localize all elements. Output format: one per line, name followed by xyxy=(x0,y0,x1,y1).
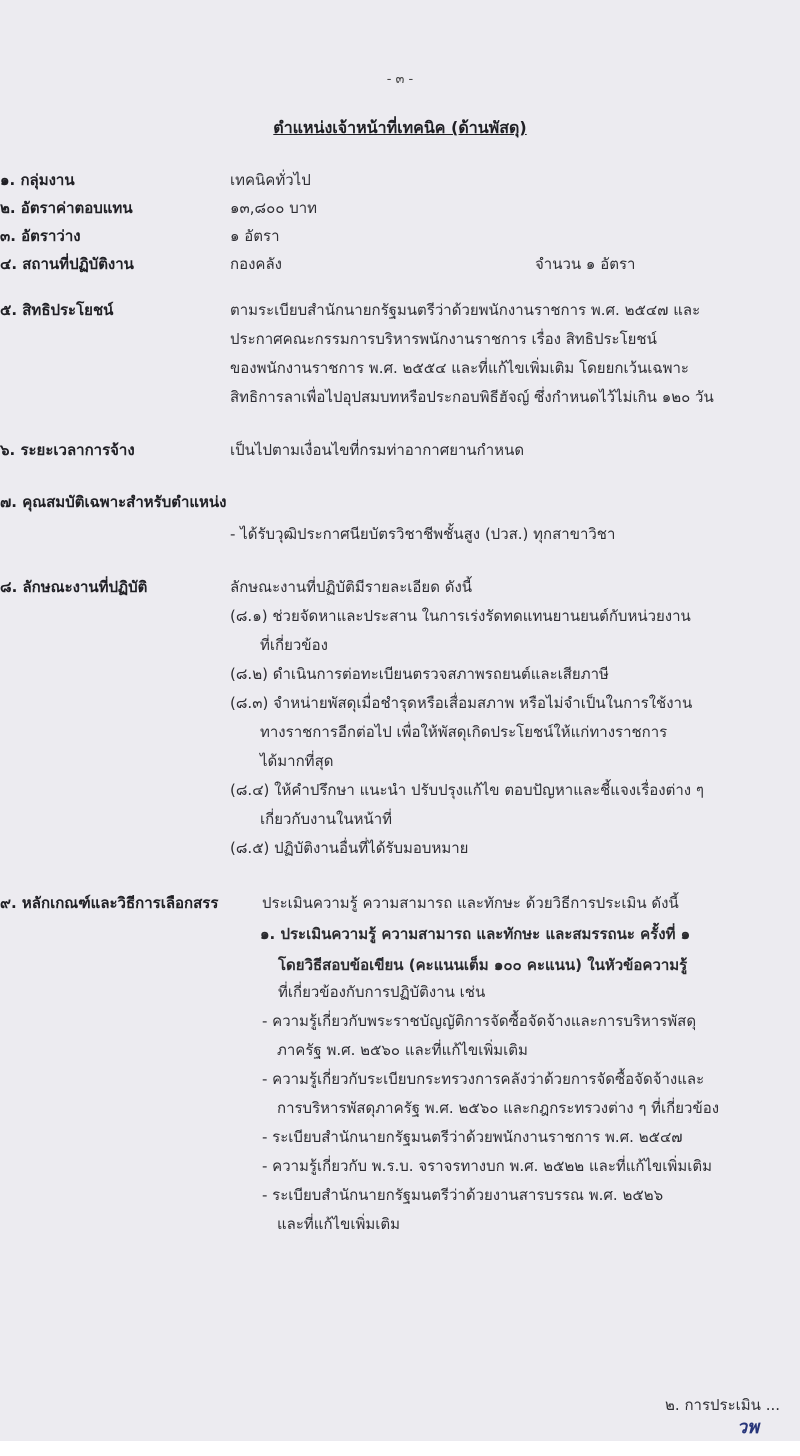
topic-4: - ความรู้เกี่ยวกับ พ.ร.บ. จราจรทางบก พ.ศ… xyxy=(262,1156,712,1176)
benefits-line-1: ตามระเบียบสำนักนายกรัฐมนตรีว่าด้วยพนักงา… xyxy=(230,300,700,320)
page-number: - ๓ - xyxy=(0,68,800,89)
next-page-continuation: ๒. การประเมิน ... xyxy=(665,1393,780,1417)
selection-label: ๙. หลักเกณฑ์และวิธีการเลือกสรร xyxy=(0,893,218,913)
field-value-workplace-count: จำนวน ๑ อัตรา xyxy=(535,254,635,274)
field-label-salary: ๒. อัตราค่าตอบแทน xyxy=(0,198,133,218)
duty-item-4-cont: เกี่ยวกับงานในหน้าที่ xyxy=(260,809,392,829)
duty-item-1-cont: ที่เกี่ยวข้อง xyxy=(260,635,328,655)
scanned-page: - ๓ - ตำแหน่งเจ้าหน้าที่เทคนิค (ด้านพัสด… xyxy=(0,0,800,1441)
criterion-1-line-2: โดยวิธีสอบข้อเขียน (คะแนนเต็ม ๑๐๐ คะแนน)… xyxy=(278,953,687,977)
duty-item-1: (๘.๑) ช่วยจัดหาและประสาน ในการเร่งรัดทดแ… xyxy=(230,606,691,626)
page-title: ตำแหน่งเจ้าหน้าที่เทคนิค (ด้านพัสดุ) xyxy=(0,116,800,141)
benefits-line-3: ของพนักงานราชการ พ.ศ. ๒๕๕๔ และที่แก้ไขเพ… xyxy=(230,358,689,378)
field-label-work-group: ๑. กลุ่มงาน xyxy=(0,170,75,190)
field-label-vacancies: ๓. อัตราว่าง xyxy=(0,226,81,246)
duration-label: ๖. ระยะเวลาการจ้าง xyxy=(0,440,135,460)
criterion-1-line-1: ๑. ประเมินความรู้ ความสามารถ และทักษะ แล… xyxy=(260,920,690,949)
selection-description: ประเมินความรู้ ความสามารถ และทักษะ ด้วยว… xyxy=(262,893,679,913)
qualifications-label: ๗. คุณสมบัติเฉพาะสำหรับตำแหน่ง xyxy=(0,492,227,512)
qualifications-value: - ได้รับวุฒิประกาศนียบัตรวิชาชีพชั้นสูง … xyxy=(230,524,615,544)
duties-intro: ลักษณะงานที่ปฏิบัติมีรายละเอียด ดังนี้ xyxy=(230,577,472,597)
benefits-label: ๕. สิทธิประโยชน์ xyxy=(0,300,113,320)
field-value-salary: ๑๓,๘๐๐ บาท xyxy=(230,198,317,218)
duty-item-3-cont-2: ได้มากที่สุด xyxy=(260,751,333,771)
benefits-line-2: ประกาศคณะกรรมการบริหารพนักงานราชการ เรื่… xyxy=(230,329,657,349)
topic-2: - ความรู้เกี่ยวกับระเบียบกระทรวงการคลังว… xyxy=(262,1069,704,1089)
duty-item-2: (๘.๒) ดำเนินการต่อทะเบียนตรวจสภาพรถยนต์แ… xyxy=(230,664,609,684)
duty-item-4: (๘.๔) ให้คำปรึกษา แนะนำ ปรับปรุงแก้ไข ตอ… xyxy=(230,780,704,800)
topic-5-cont: และที่แก้ไขเพิ่มเติม xyxy=(277,1214,400,1234)
topic-3: - ระเบียบสำนักนายกรัฐมนตรีว่าด้วยพนักงาน… xyxy=(262,1127,683,1147)
duration-value: เป็นไปตามเงื่อนไขที่กรมท่าอากาศยานกำหนด xyxy=(230,440,524,460)
field-label-workplace: ๔. สถานที่ปฏิบัติงาน xyxy=(0,254,134,274)
topic-1: - ความรู้เกี่ยวกับพระราชบัญญัติการจัดซื้… xyxy=(262,1011,696,1031)
field-value-vacancies: ๑ อัตรา xyxy=(230,226,280,246)
topic-5: - ระเบียบสำนักนายกรัฐมนตรีว่าด้วยงานสารบ… xyxy=(262,1185,663,1205)
field-value-workplace: กองคลัง xyxy=(230,254,282,274)
field-value-work-group: เทคนิคทั่วไป xyxy=(230,170,311,190)
topic-1-cont: ภาครัฐ พ.ศ. ๒๕๖๐ และที่แก้ไขเพิ่มเติม xyxy=(277,1040,528,1060)
benefits-line-4: สิทธิการลาเพื่อไปอุปสมบทหรือประกอบพิธีฮั… xyxy=(230,387,714,407)
duties-label: ๘. ลักษณะงานที่ปฏิบัติ xyxy=(0,577,147,597)
duty-item-3-cont-1: ทางราชการอีกต่อไป เพื่อให้พัสดุเกิดประโย… xyxy=(260,722,667,742)
handwritten-initials: วพ xyxy=(737,1412,759,1441)
duty-item-3: (๘.๓) จำหน่ายพัสดุเมื่อชำรุดหรือเสื่อมสภ… xyxy=(230,693,692,713)
topic-2-cont: การบริหารพัสดุภาครัฐ พ.ศ. ๒๕๖๐ และกฎกระท… xyxy=(277,1098,719,1118)
duty-item-5: (๘.๕) ปฏิบัติงานอื่นที่ได้รับมอบหมาย xyxy=(230,838,468,858)
criterion-1-line-3: ที่เกี่ยวข้องกับการปฏิบัติงาน เช่น xyxy=(278,982,485,1002)
